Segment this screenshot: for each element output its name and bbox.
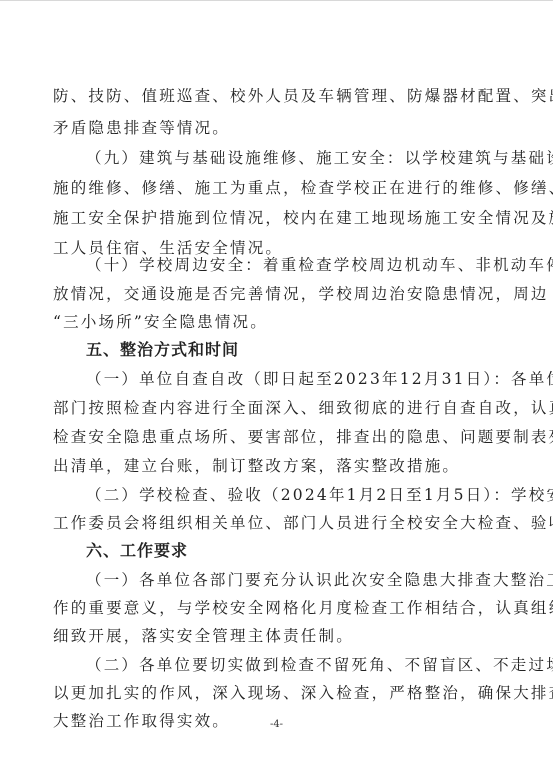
paragraph-line: 矛盾隐患排查等情况。: [53, 118, 230, 138]
paragraph-line: （十）学校周边安全：着重检查学校周边机动车、非机动车停: [86, 255, 553, 275]
paragraph-line: 防、技防、值班巡查、校外人员及车辆管理、防爆器材配置、突出: [53, 86, 553, 106]
paragraph-line: 施工安全保护措施到位情况，校内在建工地现场施工安全情况及施: [53, 208, 553, 228]
paragraph-line: 出清单，建立台账，制订整改方案，落实整改措施。: [53, 456, 460, 476]
page-number: -4-: [0, 719, 553, 730]
paragraph-line: 以更加扎实的作风，深入现场、深入检查，严格整治，确保大排查: [53, 683, 553, 703]
paragraph-line: 放情况，交通设施是否完善情况，学校周边治安隐患情况，周边: [53, 284, 549, 304]
paragraph-line: （二）学校检查、验收（2024年1月2日至1月5日）：学校安全: [86, 485, 553, 505]
section-heading: 六、工作要求: [86, 541, 188, 561]
section-heading: 五、整治方式和时间: [86, 340, 239, 360]
paragraph-line: 施的维修、修缮、施工为重点，检查学校正在进行的维修、修缮、: [53, 178, 553, 198]
paragraph-line: 检查安全隐患重点场所、要害部位，排查出的隐患、问题要制表列: [53, 427, 553, 447]
paragraph-line: （一）单位自查自改（即日起至2023年12月31日）：各单位各: [86, 369, 553, 389]
paragraph-line: “三小场所”安全隐患情况。: [53, 312, 268, 332]
paragraph-line: （二）各单位要切实做到检查不留死角、不留盲区、不走过场，: [86, 655, 553, 675]
paragraph-line: （九）建筑与基础设施维修、施工安全：以学校建筑与基础设: [86, 148, 553, 168]
paragraph-line: 作的重要意义，与学校安全网格化月度检查工作相结合，认真组织、: [53, 598, 553, 618]
paragraph-line: （一）各单位各部门要充分认识此次安全隐患大排查大整治工: [86, 570, 553, 590]
paragraph-line: 部门按照检查内容进行全面深入、细致彻底的进行自查自改，认真: [53, 398, 553, 418]
paragraph-line: 细致开展，落实安全管理主体责任制。: [53, 626, 354, 646]
paragraph-line: 工作委员会将组织相关单位、部门人员进行全校安全大检查、验收。: [53, 513, 553, 533]
document-page: 防、技防、值班巡查、校外人员及车辆管理、防爆器材配置、突出 矛盾隐患排查等情况。…: [0, 0, 553, 783]
